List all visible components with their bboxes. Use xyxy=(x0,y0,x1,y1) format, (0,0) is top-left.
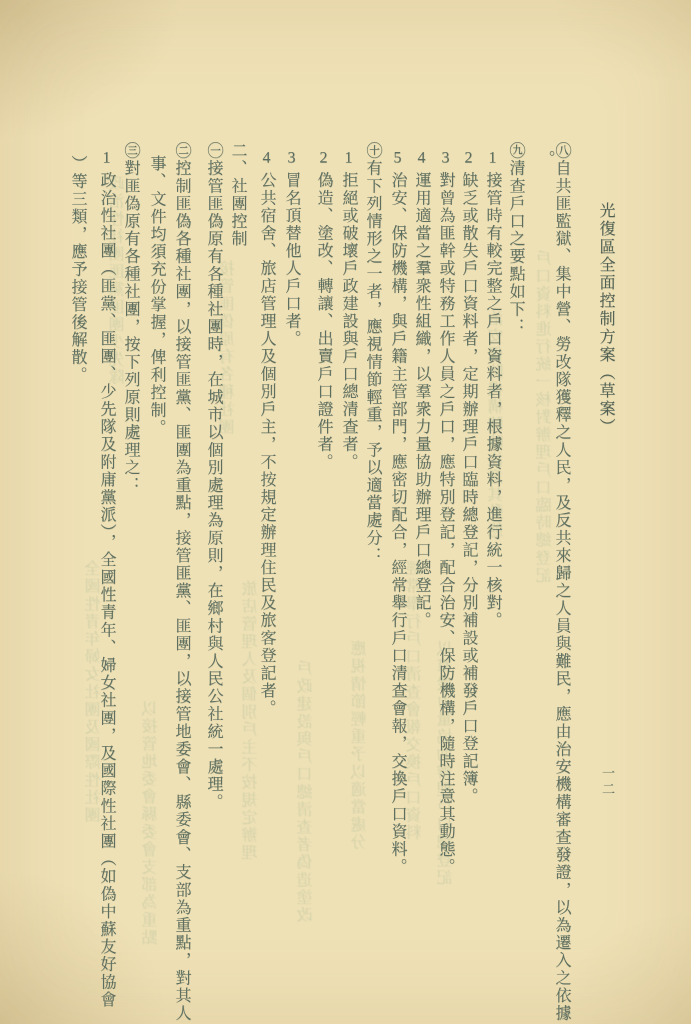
bleedthrough-text: 戶政建設與戶口總清查者偽造塗改 xyxy=(298,660,316,924)
item-9-sub-4: 4 運用適當之羣衆性組織，以羣衆力量協助辦理戶口總登記。 xyxy=(412,150,430,629)
item-9-sub-3: 3 對曾為匪幹或特務工作人員之戶口，應特別登記，配合治安、保防機構，隨時注意其動… xyxy=(436,150,454,876)
item-circle-2-cont: 事、文件均須充份掌握，俾利控制。 xyxy=(147,155,165,437)
bleedthrough-text: 以接管地委會縣委會支部為重點 xyxy=(143,700,161,946)
page-number: 一二 xyxy=(598,766,616,798)
item-10-sub-2: 2 偽造、塗改、轉讓、出賣戶口證件者。 xyxy=(314,150,332,471)
item-circle-2: ㊁控制匪偽各種社團，以接管匪黨、匪團為重點，接管匪黨、匪團，以接管地委會、縣委會… xyxy=(172,142,190,1022)
section-2-heading: 二、社團控制 xyxy=(228,142,246,248)
item-3-sub-1: 1 政治性社團（匪黨、匪團、少先隊及附庸黨派），全國性青年、婦女社團，及國際性社… xyxy=(97,150,115,1008)
item-circle-1: ㊀接管匪偽原有各種社團時，在城市以個別處理為原則，在鄉村與人民公社統一處理。 xyxy=(204,142,222,811)
bleedthrough-text: 接管匪偽原有各種社團 xyxy=(220,260,238,436)
item-10-sub-4: 4 公共宿舍、旅店管理人及個別戶主，不按規定辦理住民及旅客登記者。 xyxy=(257,150,275,717)
item-circle-3: ㊂對匪偽原有各種社團，按下列原則處理之： xyxy=(121,142,139,494)
item-circle-10: ㊉有下列情形之一者，應視情節輕重，予以適當處分： xyxy=(363,142,381,564)
item-10-sub-1: 1 拒絕或破壞戶政建設與戶口總清查者。 xyxy=(339,150,357,471)
item-9-sub-5: 5 治安、保防機構，與戶籍主管部門，應密切配合，經常舉行戶口清查會報，交換戶口資… xyxy=(388,150,406,876)
item-10-sub-3: 3 冒名頂替他人戶口者。 xyxy=(282,150,300,348)
item-9-sub-2: 2 缺乏或散失戶口資料者，定期辦理戶口臨時總登記，分別補設或補發戶口登記簿。 xyxy=(459,150,477,805)
document-page: 戶口資料進行統一核對辦理戶口臨時總登記治安保防機構隨時注意其動態以羣衆力量協助辦… xyxy=(0,0,691,1024)
item-circle-8: ㊇自共匪監獄、集中營、勞改隊獲釋之人民，及反共來歸之人員與難民，應由治安機構審查… xyxy=(552,142,570,1022)
item-9-sub-1: 1 接管時有較完整之戶口資料者，根據資料，進行統一核對。 xyxy=(483,150,501,629)
item-circle-8-period: 。 xyxy=(536,150,554,168)
item-3-sub-1-cont: ）等三類，應予接管後解散。 xyxy=(68,155,86,384)
page-title: 光復區全面控制方案（草案） xyxy=(596,202,614,436)
bleedthrough-text: 應視情節輕重予以適當處分 xyxy=(352,640,370,851)
item-circle-9: ㊈清查戶口之要點如下： xyxy=(506,142,524,336)
